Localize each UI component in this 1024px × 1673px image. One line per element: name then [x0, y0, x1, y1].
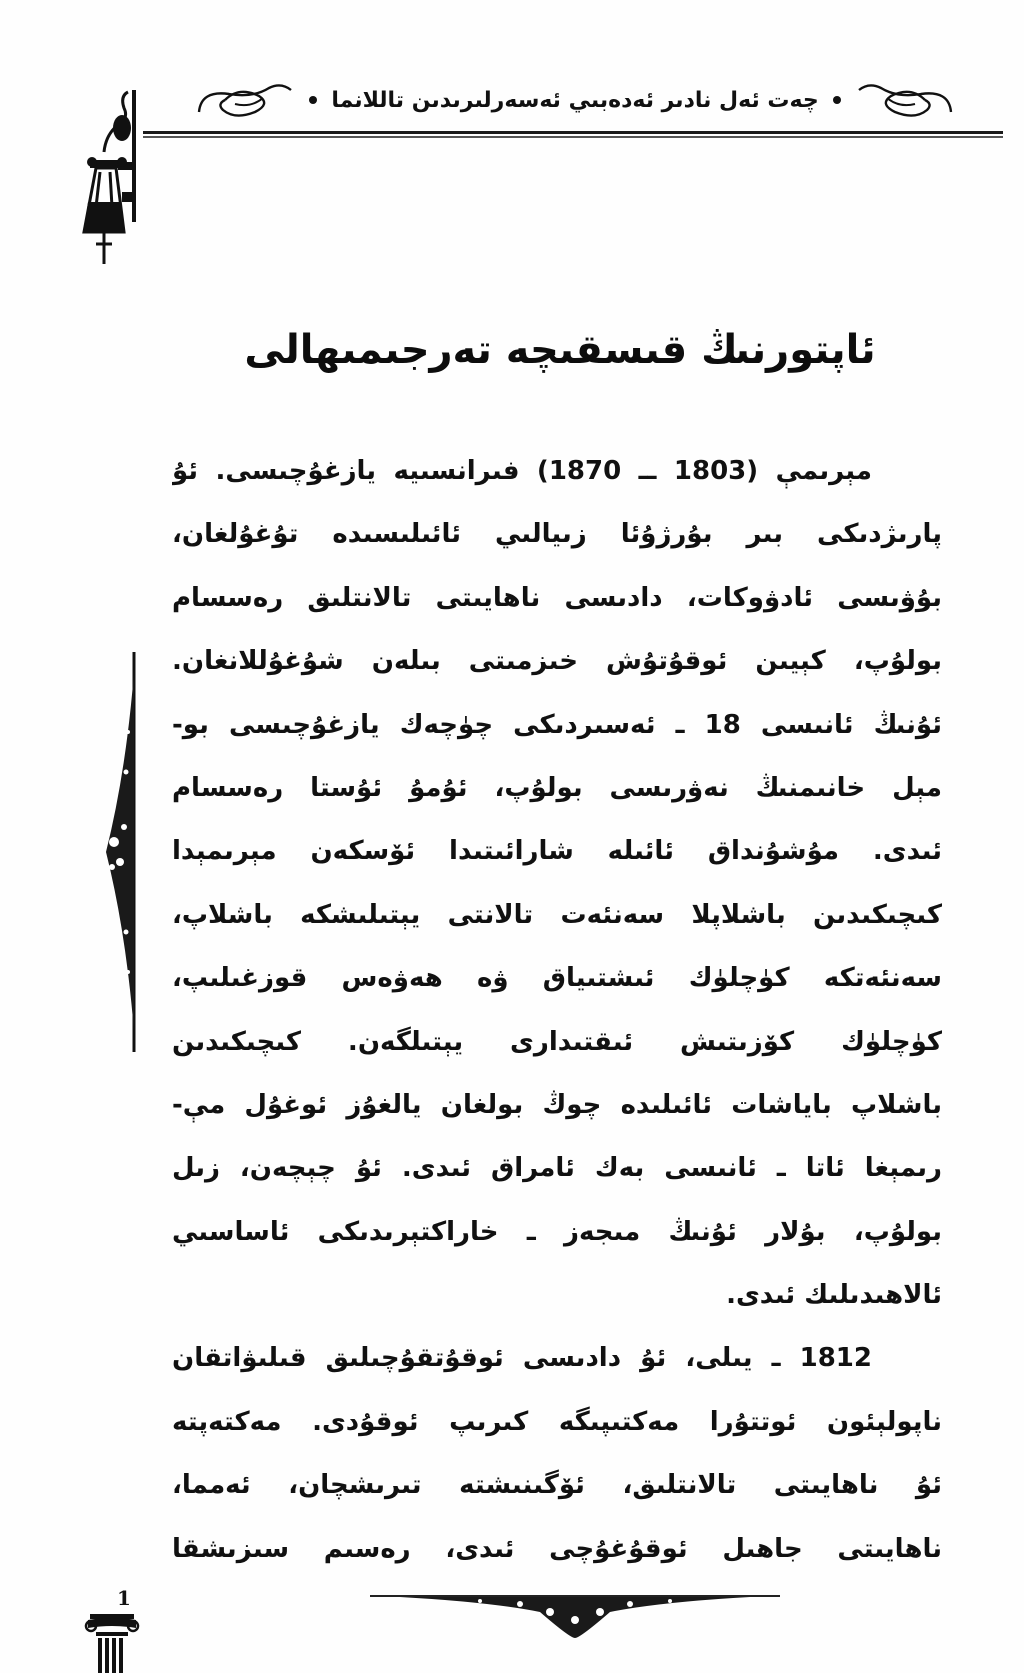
header-rule [143, 131, 1003, 138]
running-head-text: چەت ئەل نادىر ئەدەبىي ئەسەرلىرىدىن تاللا… [331, 88, 818, 113]
body-text: مېرىمې (1803 ــ 1870) فىرانسىيە يازغۇچىس… [172, 440, 942, 1581]
text-line: كۈچلۈك كۆزىتىش ئىقتىدارى يېتىلگەن. كىچىك… [172, 1011, 942, 1074]
baroque-side-ornament-icon [100, 652, 140, 1052]
text-line: ئالاھىدىلىك ئىدى. [172, 1264, 942, 1327]
flourish-icon [855, 82, 955, 118]
text-line: ئۇ ناھايىتى تالانتلىق، ئۆگىنىشتە تىرىشچا… [172, 1454, 942, 1517]
book-page: چەت ئەل نادىر ئەدەبىي ئەسەرلىرىدىن تاللا… [0, 0, 1024, 1673]
text-line: كىچىكىدىن باشلاپلا سەنئەت تالانتى يېتىلى… [172, 884, 942, 947]
page-number: 1 [112, 1586, 136, 1610]
lamp-ornament-icon [78, 82, 148, 272]
text-line: 1812 ـ يىلى، ئۇ دادىسى ئوقۇتقۇچىلىق قىلى… [172, 1327, 942, 1390]
ionic-column-icon [84, 1612, 140, 1673]
text-line: بولۇپ، بۇلار ئۇنىڭ مىجەز ـ خاراكتېرىدىكى… [172, 1201, 942, 1264]
text-line: پارىژدىكى بىر بۇرژۇئا زىيالىي ئائىلىسىدە… [172, 503, 942, 566]
text-line: مېرىمې (1803 ــ 1870) فىرانسىيە يازغۇچىس… [172, 440, 942, 503]
text-line: ئىدى. مۇشۇنداق ئائىلە شارائىتىدا ئۆسكەن … [172, 820, 942, 883]
text-line: ناپولېئون ئوتتۇرا مەكتىپىگە كىرىپ ئوقۇدى… [172, 1391, 942, 1454]
running-head: چەت ئەل نادىر ئەدەبىي ئەسەرلىرىدىن تاللا… [205, 80, 945, 120]
bullet-dot [309, 96, 317, 104]
flourish-icon [195, 82, 295, 118]
text-line: بۇۋىسى ئادۋوكات، دادىسى ناھايىتى تالانتل… [172, 567, 942, 630]
text-line: ئۇنىڭ ئانىسى 18 ـ ئەسىردىكى چۈچەك يازغۇچ… [172, 694, 942, 757]
bullet-dot [833, 96, 841, 104]
chapter-title: ئاپتورنىڭ قىسقىچە تەرجىمىھالى [180, 322, 940, 378]
text-line: سەنئەتكە كۈچلۈك ئىشتىياق ۋە ھەۋەس قوزغىل… [172, 947, 942, 1010]
text-line: بولۇپ، كېيىن ئوقۇتۇش خىزمىتى بىلەن شۇغۇل… [172, 630, 942, 693]
baroque-footer-ornament-icon [370, 1592, 780, 1642]
text-line: رىمېغا ئاتا ـ ئانىسى بەك ئامراق ئىدى. ئۇ… [172, 1137, 942, 1200]
text-line: مېل خانىمنىڭ نەۋرىسى بولۇپ، ئۇمۇ ئۇستا ر… [172, 757, 942, 820]
text-line: باشلاپ باياشات ئائىلىدە چوڭ بولغان يالغۇ… [172, 1074, 942, 1137]
text-line: ناھايىتى جاھىل ئوقۇغۇچى ئىدى، رەسىم سىزى… [172, 1518, 942, 1581]
